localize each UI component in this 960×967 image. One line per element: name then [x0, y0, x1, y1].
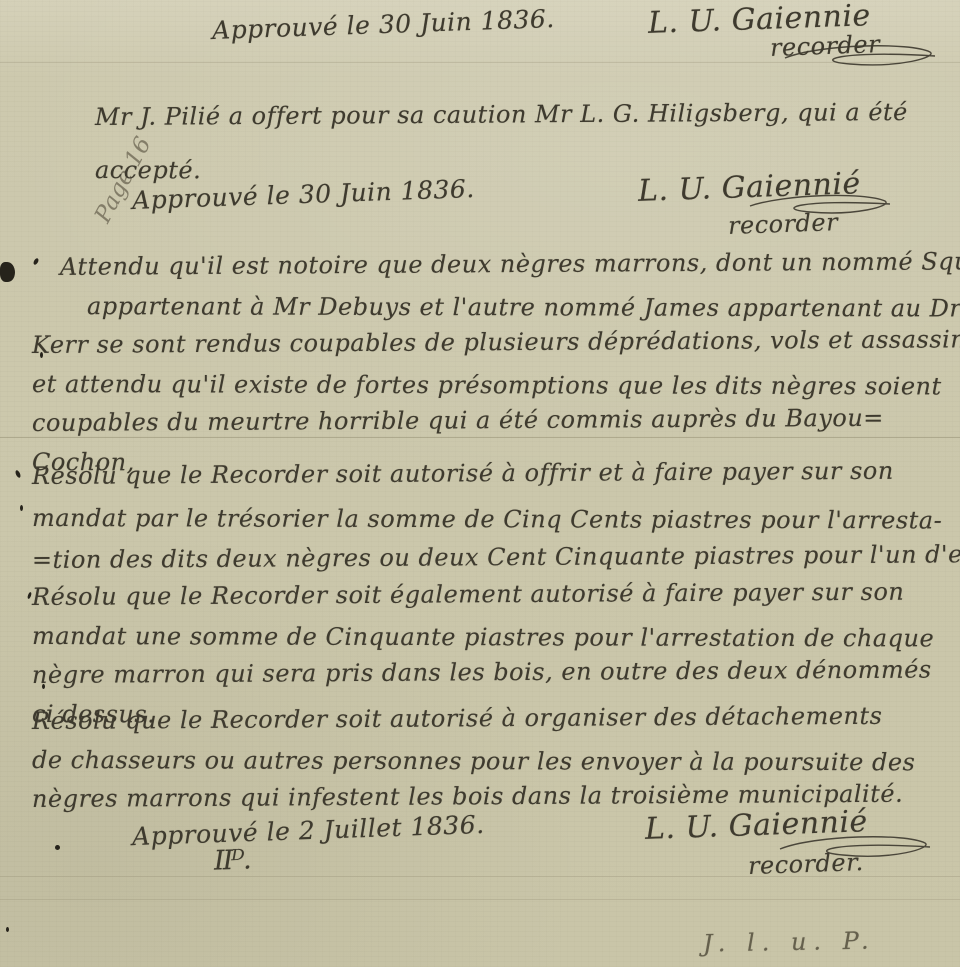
ink-blot	[0, 262, 15, 282]
approval-july-signature: L. U. Gaiennié	[644, 804, 868, 847]
paper-crease	[0, 62, 960, 63]
text-line: Kerr se sont rendus coupables de plusieu…	[32, 320, 960, 365]
ink-speck	[20, 505, 23, 511]
text-line: Résolu que le Recorder soit autorisé à o…	[32, 697, 916, 741]
clerk-mark: IIᴰ.	[213, 844, 250, 876]
text-line: Résolu que le Recorder soit également au…	[32, 572, 934, 617]
text-line: Mr J. Pilié a offert pour sa caution Mr …	[95, 93, 908, 137]
text-line: Résolu que le Recorder soit autorisé à o…	[32, 449, 960, 497]
approval-top-date: Approuvé le 30 Juin 1836.	[212, 4, 556, 45]
text-line-content: appartenant à Mr Debuys et l'autre nommé…	[87, 292, 960, 322]
ink-speck	[6, 927, 9, 932]
ink-speck	[14, 470, 21, 479]
text-line: coupables du meurtre horrible qui a été …	[32, 398, 960, 443]
manuscript-page: Page 16 Approuvé le 30 Juin 1836. L. U. …	[0, 0, 960, 967]
approval-top-title: recorder	[770, 30, 881, 62]
footer-initials: J. l. u. P.	[703, 926, 876, 957]
resolution-reward-paragraph: Résolu que le Recorder soit autorisé à o…	[32, 455, 960, 581]
resolution-detachments-paragraph: Résolu que le Recorder soit autorisé à o…	[32, 702, 915, 819]
attendu-paragraph: Attendu qu'il est notoire que deux nègre…	[32, 248, 960, 482]
text-line: Attendu qu'il est notoire que deux nègre…	[32, 242, 960, 287]
paper-crease	[0, 899, 960, 900]
approval-june-title: recorder	[728, 208, 839, 240]
approval-june-signature: L. U. Gaiennié	[637, 166, 861, 209]
text-line-content: Attendu qu'il est notoire que deux nègre…	[60, 247, 960, 281]
approval-july-title: recorder.	[748, 848, 864, 880]
ink-speck	[55, 845, 60, 850]
text-line: nègre marron qui sera pris dans les bois…	[32, 650, 934, 695]
